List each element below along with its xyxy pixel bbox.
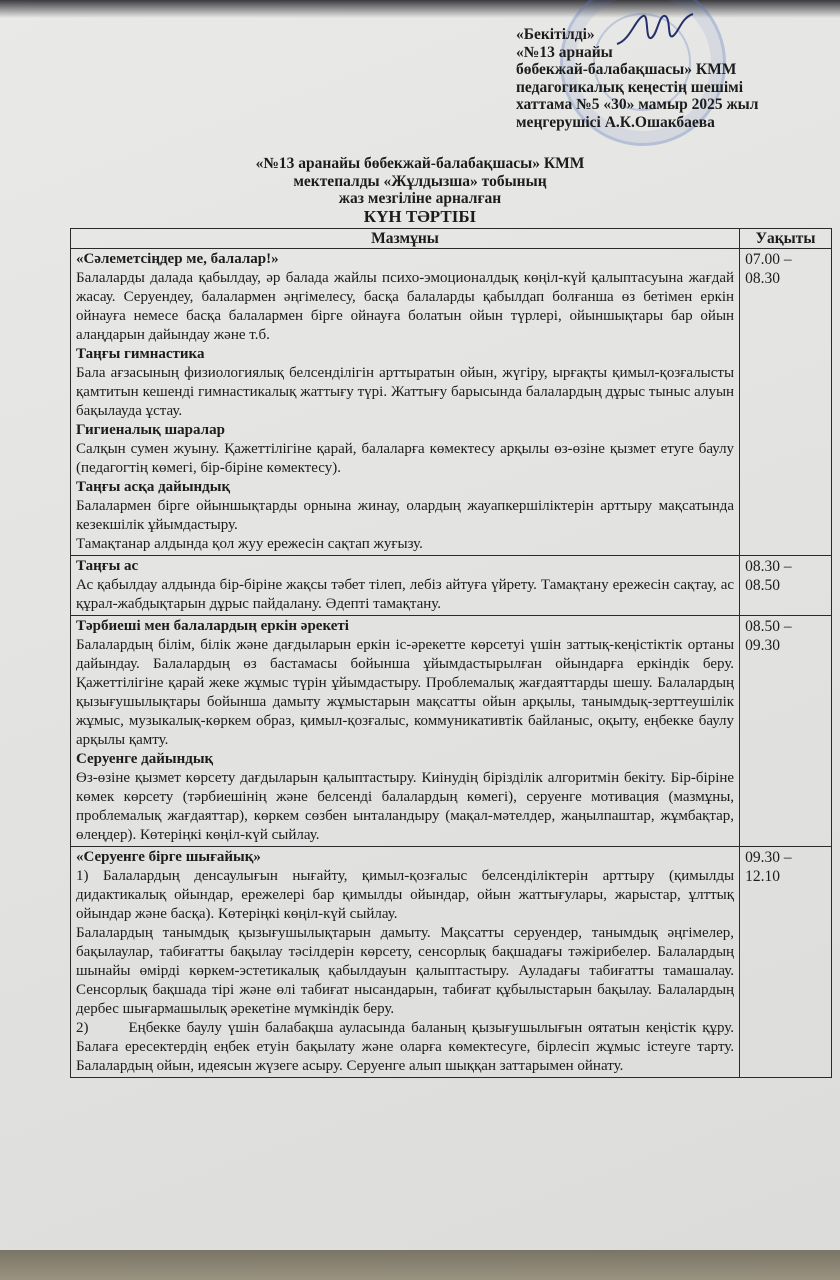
time-cell: 08.50 – 09.30 [740,616,832,847]
section-title: Тәрбиеші мен балалардың еркін әрекеті [76,617,734,636]
section-title: Серуенге дайындық [76,750,734,769]
title-line-2: мектепалды «Жұлдызша» тобының [80,173,760,191]
section-text: Тамақтанар алдында қол жуу ережесін сақт… [76,535,734,554]
section-text: Балалармен бірге ойыншықтарды орнына жин… [76,497,734,535]
approval-line: «Бекітілді» [516,26,836,44]
section-text: Бала ағзасының физиологиялық белсенділіг… [76,364,734,421]
approval-line: меңгерушісі А.К.Ошакбаева [516,114,836,132]
section-text: 1) Балалардың денсаулығын нығайту, қимыл… [76,867,734,924]
item-text: Еңбекке баулу үшін балабақша ауласында б… [76,1020,734,1074]
title-line-3: жаз мезгіліне арналған [80,190,760,208]
content-cell: «Сәлеметсіңдер ме, балалар!» Балаларды д… [71,249,740,556]
time-cell: 07.00 – 08.30 [740,249,832,556]
approval-line: хаттама №5 «30» мамыр 2025 жыл [516,96,836,114]
approval-line: «№13 арнайы [516,44,836,62]
section-text: Балаларды далада қабылдау, әр балада жай… [76,269,734,345]
background-edge [0,0,840,18]
title-line-1: «№13 аранайы бөбекжай-балабақшасы» КММ [80,155,760,173]
table-row: «Серуенге бірге шығайық» 1) Балалардың д… [71,847,832,1078]
item-number: 2) [76,1020,89,1036]
section-title: Таңғы асқа дайындық [76,478,734,497]
approval-line: педагогикалық кеңестің шешімі [516,79,836,97]
schedule-table: Мазмұны Уақыты «Сәлеметсіңдер ме, балала… [70,228,832,1078]
title-heading: КҮН ТӘРТІБІ [80,208,760,226]
header-content: Мазмұны [71,229,740,249]
section-title: Гигиеналық шаралар [76,421,734,440]
section-text: Балалардың танымдық қызығушылықтарын дам… [76,924,734,1019]
table-row: «Сәлеметсіңдер ме, балалар!» Балаларды д… [71,249,832,556]
approval-block: «Бекітілді» «№13 арнайы бөбекжай-балабақ… [516,26,836,131]
table-row: Тәрбиеші мен балалардың еркін әрекеті Ба… [71,616,832,847]
section-title: «Серуенге бірге шығайық» [76,848,734,867]
section-text: Өз-өзіне қызмет көрсету дағдыларын қалып… [76,769,734,845]
content-cell: Тәрбиеші мен балалардың еркін әрекеті Ба… [71,616,740,847]
content-cell: Таңғы ас Ас қабылдау алдында бір-біріне … [71,556,740,616]
section-text-numbered: 2)Еңбекке баулу үшін балабақша ауласында… [76,1019,734,1076]
approval-line: бөбекжай-балабақшасы» КММ [516,61,836,79]
background-surface [0,1250,840,1280]
table-header-row: Мазмұны Уақыты [71,229,832,249]
content-cell: «Серуенге бірге шығайық» 1) Балалардың д… [71,847,740,1078]
section-text: Балалардың білім, білік және дағдыларын … [76,636,734,750]
time-cell: 08.30 – 08.50 [740,556,832,616]
table-row: Таңғы ас Ас қабылдау алдында бір-біріне … [71,556,832,616]
section-text: Ас қабылдау алдында бір-біріне жақсы тәб… [76,576,734,614]
header-time: Уақыты [740,229,832,249]
section-title: «Сәлеметсіңдер ме, балалар!» [76,250,734,269]
section-title: Таңғы гимнастика [76,345,734,364]
time-cell: 09.30 – 12.10 [740,847,832,1078]
section-text: Салқын сумен жуыну. Қажеттілігіне қарай,… [76,440,734,478]
document-title: «№13 аранайы бөбекжай-балабақшасы» КММ м… [80,155,760,225]
section-title: Таңғы ас [76,557,734,576]
